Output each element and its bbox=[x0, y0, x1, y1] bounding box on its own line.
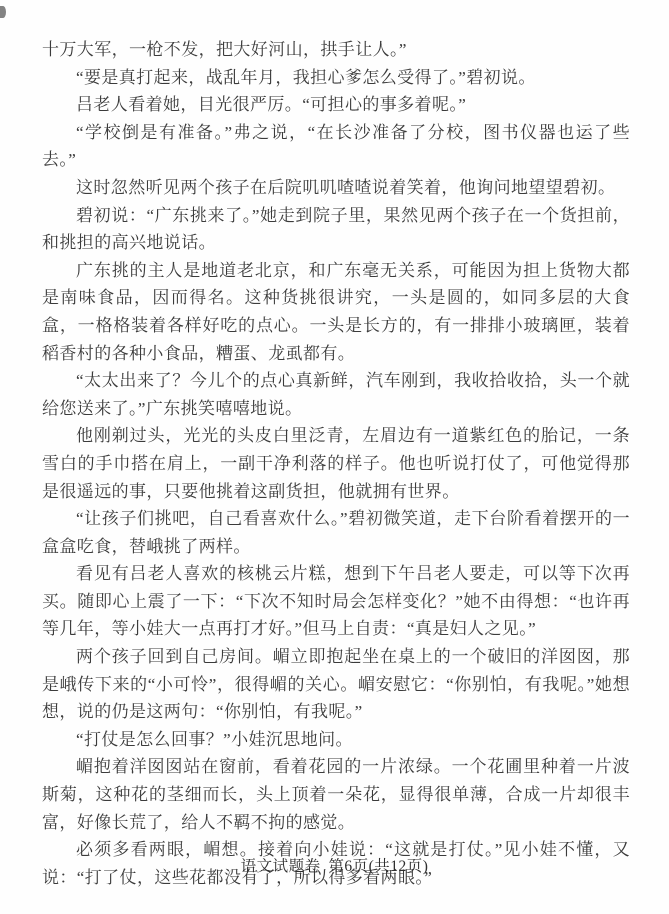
passage-paragraph: “打仗是怎么回事？”小娃沉思地问。 bbox=[42, 726, 630, 754]
exam-page: 十万大军，一枪不发，把大好河山，拱手让人。”“要是真打起来，战乱年月，我担心爹怎… bbox=[0, 0, 669, 914]
scan-artifact bbox=[0, 6, 6, 18]
passage-paragraph: 吕老人看着她，目光很严厉。“可担心的事多着呢。” bbox=[42, 91, 630, 119]
passage-paragraph: 嵋抱着洋囡囡站在窗前，看着花园的一片浓绿。一个花圃里种着一片波斯菊，这种花的茎细… bbox=[42, 753, 630, 836]
passage-paragraph: 看见有吕老人喜欢的核桃云片糕，想到下午吕老人要走，可以等下次再买。随即心上震了一… bbox=[42, 560, 630, 643]
passage-paragraph: 广东挑的主人是地道老北京，和广东毫无关系，可能因为担上货物大都是南味食品，因而得… bbox=[42, 257, 630, 367]
passage-paragraph: “让孩子们挑吧，自己看喜欢什么。”碧初微笑道，走下台阶看着摆开的一盒盒吃食，替峨… bbox=[42, 505, 630, 560]
passage-paragraph: “要是真打起来，战乱年月，我担心爹怎么受得了。”碧初说。 bbox=[42, 64, 630, 92]
passage-paragraph: 碧初说：“广东挑来了。”她走到院子里，果然见两个孩子在一个货担前，和挑担的高兴地… bbox=[42, 202, 630, 257]
paper-title: 语文试题卷 bbox=[241, 858, 321, 875]
passage-paragraph: 这时忽然听见两个孩子在后院叽叽喳喳说着笑着，他询问地望望碧初。 bbox=[42, 174, 630, 202]
reading-passage: 十万大军，一枪不发，把大好河山，拱手让人。”“要是真打起来，战乱年月，我担心爹怎… bbox=[42, 36, 630, 891]
passage-paragraph: “太太出来了？今儿个的点心真新鲜，汽车刚到，我收拾收拾，头一个就给您送来了。”广… bbox=[42, 367, 630, 422]
passage-paragraph: “学校倒是有准备。”弗之说，“在长沙准备了分校，图书仪器也运了些去。” bbox=[42, 119, 630, 174]
passage-paragraph: 两个孩子回到自己房间。嵋立即抱起坐在桌上的一个破旧的洋囡囡，那是峨传下来的“小可… bbox=[42, 643, 630, 726]
passage-paragraph: 他刚剃过头，光光的头皮白里泛青，左眉边有一道紫红色的胎记，一条雪白的手巾搭在肩上… bbox=[42, 422, 630, 505]
page-footer: 语文试题卷第6页(共12页) bbox=[0, 854, 669, 876]
page-indicator: 第6页(共12页) bbox=[328, 858, 428, 875]
passage-paragraph: 十万大军，一枪不发，把大好河山，拱手让人。” bbox=[42, 36, 630, 64]
